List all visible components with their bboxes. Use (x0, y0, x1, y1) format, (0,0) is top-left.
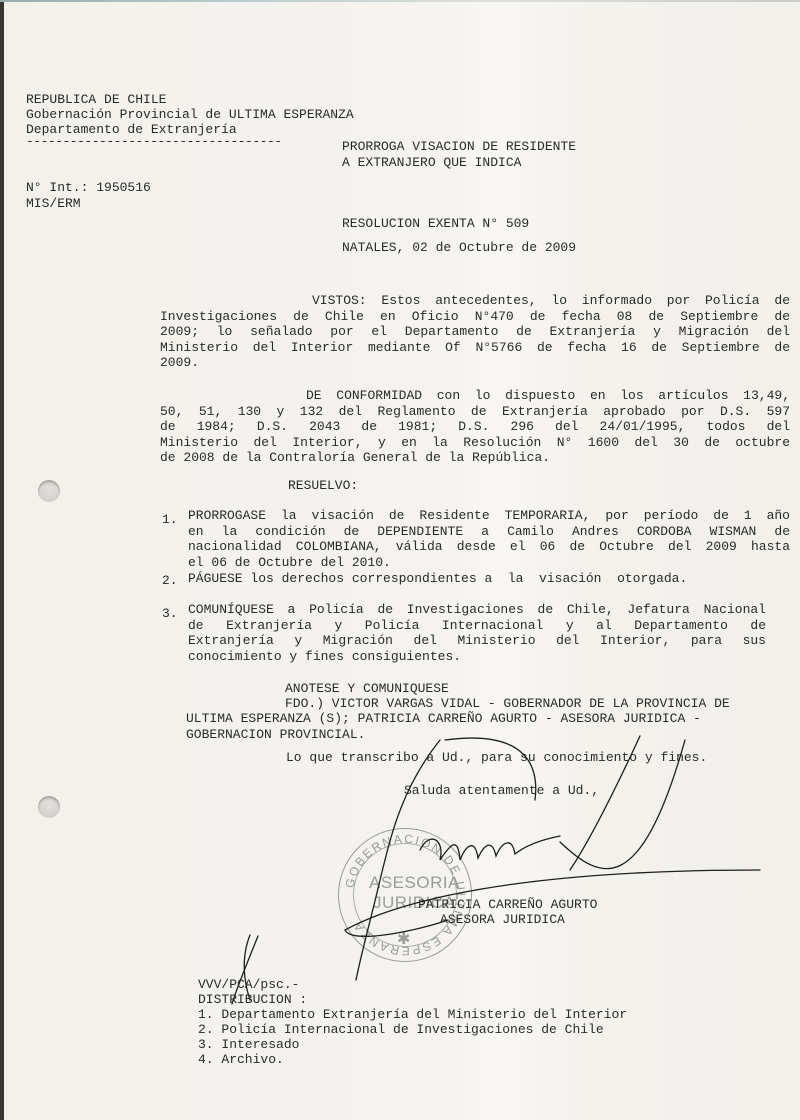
resuelvo-item-number: 1. (162, 512, 178, 528)
resuelvo-item-3: COMUNÍQUESE a Policía de Investigaciones… (188, 602, 766, 664)
punch-hole (38, 480, 60, 502)
stamp-asterisk-icon: ✱ (397, 929, 411, 949)
resuelvo-heading: RESUELVO: (288, 478, 358, 494)
subject-line-1: PRORROGA VISACION DE RESIDENTE (342, 139, 576, 155)
official-stamp: GOBERNACION DE ULTIMA ESPERANZA ASESORIA… (338, 828, 472, 962)
internal-number: N° Int.: 1950516 (26, 180, 151, 196)
signatory-name: PATRICIA CARREÑO AGURTO (418, 897, 597, 913)
place-date: NATALES, 02 de Octubre de 2009 (342, 240, 576, 256)
resuelvo-item-1: PRORROGASE la visación de Residente TEMP… (188, 508, 790, 570)
letterhead-country: REPUBLICA DE CHILE (26, 92, 166, 108)
vistos-paragraph: VISTOS: Estos antecedentes, lo informado… (160, 293, 790, 371)
saluda-line: Saluda atentamente a Ud., (404, 783, 599, 799)
distribution-item: 2. Policía Internacional de Investigacio… (198, 1022, 604, 1038)
resuelvo-item-number: 2. (162, 573, 178, 589)
scan-edge-top (0, 0, 800, 2)
distribution-item: 4. Archivo. (198, 1052, 284, 1068)
resolution-number: RESOLUCION EXENTA N° 509 (342, 216, 529, 232)
fdo-line-1: FDO.) VICTOR VARGAS VIDAL - GOBERNADOR D… (285, 696, 730, 712)
scan-edge (0, 0, 4, 1120)
signatory-title: ASESORA JURIDICA (440, 912, 565, 928)
subject-line-2: A EXTRANJERO QUE INDICA (342, 155, 521, 171)
letterhead-rule: ----------------------------------- (26, 134, 282, 150)
resuelvo-item-number: 3. (162, 606, 178, 622)
distribution-item: 3. Interesado (198, 1037, 299, 1053)
resuelvo-item-2: PÁGUESE los derechos correspondientes a … (188, 571, 687, 587)
transcribo-line: Lo que transcribo a Ud., para su conocim… (286, 750, 707, 766)
typist-initials: VVV/PCA/psc.- (198, 977, 299, 993)
anotese-line: ANOTESE Y COMUNIQUESE (285, 681, 449, 697)
letterhead-office: Gobernación Provincial de ULTIMA ESPERAN… (26, 107, 354, 123)
distribution-heading: DISTRIBUCION : (198, 992, 307, 1008)
conformidad-paragraph: DE CONFORMIDAD con lo dispuesto en los a… (160, 388, 790, 466)
distribution-item: 1. Departamento Extranjería del Minister… (198, 1007, 627, 1023)
scanned-page: REPUBLICA DE CHILE Gobernación Provincia… (0, 0, 800, 1120)
reference-initials: MIS/ERM (26, 196, 81, 212)
stamp-center-line-1: ASESORIA (369, 873, 460, 893)
punch-hole (38, 796, 60, 818)
fdo-line-3: GOBERNACION PROVINCIAL. (186, 727, 365, 743)
fdo-line-2: ULTIMA ESPERANZA (S); PATRICIA CARREÑO A… (186, 711, 701, 727)
